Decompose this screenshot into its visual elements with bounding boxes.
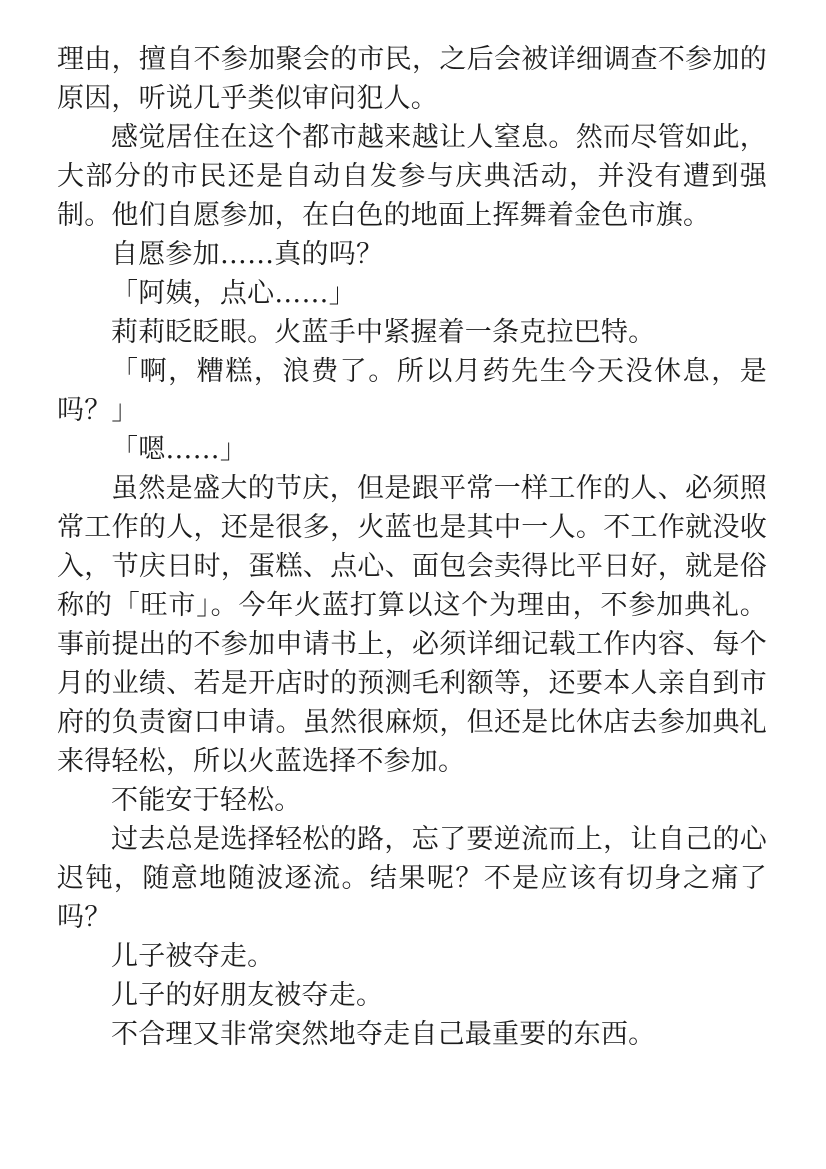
book-page: 理由，擅自不参加聚会的市民，之后会被详细调查不参加的原因，听说几乎类似审问犯人。… xyxy=(0,0,826,1169)
paragraph: 不能安于轻松。 xyxy=(57,781,767,820)
paragraph: 过去总是选择轻松的路，忘了要逆流而上，让自己的心迟钝，随意地随波逐流。结果呢？不… xyxy=(57,820,767,937)
body-text: 理由，擅自不参加聚会的市民，之后会被详细调查不参加的原因，听说几乎类似审问犯人。… xyxy=(57,40,767,1054)
paragraph: 儿子被夺走。 xyxy=(57,937,767,976)
paragraph: 莉莉眨眨眼。火蓝手中紧握着一条克拉巴特。 xyxy=(57,313,767,352)
paragraph-dialogue: 「啊，糟糕，浪费了。所以月药先生今天没休息，是吗？」 xyxy=(57,352,767,430)
paragraph: 感觉居住在这个都市越来越让人窒息。然而尽管如此，大部分的市民还是自动自发参与庆典… xyxy=(57,118,767,235)
paragraph: 虽然是盛大的节庆，但是跟平常一样工作的人、必须照常工作的人，还是很多，火蓝也是其… xyxy=(57,469,767,781)
paragraph: 自愿参加……真的吗？ xyxy=(57,235,767,274)
paragraph: 不合理又非常突然地夺走自己最重要的东西。 xyxy=(57,1015,767,1054)
paragraph: 儿子的好朋友被夺走。 xyxy=(57,976,767,1015)
paragraph: 理由，擅自不参加聚会的市民，之后会被详细调查不参加的原因，听说几乎类似审问犯人。 xyxy=(57,40,767,118)
paragraph-dialogue: 「嗯……」 xyxy=(57,430,767,469)
paragraph-dialogue: 「阿姨，点心……」 xyxy=(57,274,767,313)
